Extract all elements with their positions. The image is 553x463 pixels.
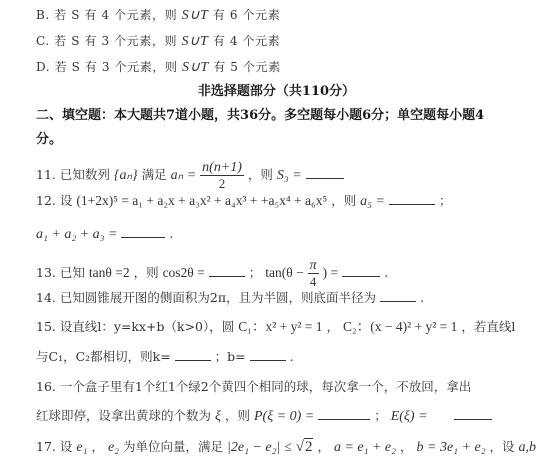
- part-heading: 非选择题部分（共110分）: [0, 84, 553, 100]
- question-text: ，则: [134, 265, 159, 280]
- punctuation: ；: [249, 265, 262, 280]
- question-text: 满足: [142, 167, 167, 182]
- question-16-part2: 红球即停，设拿出黄球的个数为 ξ ，则 P(ξ = 0) = ； E(ξ) =: [36, 408, 492, 425]
- circle-c1-expr: C₁：x² + y² = 1: [238, 319, 322, 334]
- ask-expr: E(ξ) =: [391, 409, 428, 424]
- ask-expr: ) =: [323, 265, 338, 280]
- option-label: D.: [36, 60, 50, 74]
- question-text: 红球即停，设拿出黄球的个数为: [36, 408, 211, 423]
- question-12: 12. 设 (1+2x)⁵ = a₁ + a₂x + a₃x² + a₄x³ +…: [36, 193, 451, 210]
- sequence-expr: {aₙ}: [114, 168, 138, 183]
- question-text: 设直线l：y=kx+b（k>0），圆: [60, 319, 234, 334]
- sqrt-expr: √2: [296, 438, 314, 455]
- punctuation: ，: [400, 439, 413, 454]
- circle-c2-expr: C₂：(x − 4)² + y² = 1: [343, 319, 457, 334]
- option-text: 有 6 个元素: [213, 8, 280, 22]
- question-17: 17. 设 e₁ ， e₂ 为单位向量，满足 |2e₁ − e₂| ≤ √2 ，…: [36, 439, 536, 456]
- question-number: 13.: [36, 265, 56, 280]
- vector-a-def: a = e₁ + e₂: [334, 440, 396, 455]
- answer-blank[interactable]: [250, 349, 286, 361]
- punctuation: ，: [317, 439, 330, 454]
- question-number: 12.: [36, 193, 56, 208]
- option-d: D. 若 S 有 3 个元素，则 S∪T 有 5 个元素: [36, 59, 281, 76]
- question-text: 与C₁，C₂都相切，则k=: [36, 349, 171, 364]
- answer-blank[interactable]: [121, 226, 165, 238]
- question-text: ，则: [248, 167, 273, 182]
- question-text: ，则: [331, 193, 356, 208]
- question-text: 已知: [60, 265, 85, 280]
- punctuation: ；: [374, 408, 387, 423]
- radicand: 2: [304, 438, 314, 455]
- punctuation: .: [384, 265, 388, 280]
- option-text: 有 4 个元素: [213, 34, 280, 48]
- expansion-expr: (1+2x)⁵ = a₁ + a₂x + a₃x² + a₄x³ + +a₅x⁴…: [76, 193, 327, 208]
- question-text: ，则: [225, 408, 250, 423]
- vector-e1: e₁: [76, 440, 87, 455]
- question-number: 16.: [36, 379, 56, 394]
- ask-expr: a₅ =: [360, 194, 385, 209]
- section-intro-line1: 二、填空题：本大题共7道小题，共36分。多空题每小题6分；单空题每小题4: [36, 108, 484, 124]
- answer-blank[interactable]: [454, 408, 492, 420]
- option-c: C. 若 S 有 3 个元素，则 S∪T 有 4 个元素: [36, 33, 280, 50]
- answer-blank[interactable]: [342, 265, 380, 277]
- fraction-numerator: π: [308, 258, 319, 274]
- vector-b-def: b = 3e₁ + e₂: [417, 440, 486, 455]
- question-12-part2: a₁ + a₂ + a₃ = .: [36, 226, 173, 243]
- fraction: π 4: [308, 258, 319, 289]
- answer-blank[interactable]: [175, 349, 211, 361]
- question-11: 11. 已知数列 {aₙ} 满足 aₙ = n(n+1) 2 ，则 S₃ =: [36, 160, 344, 191]
- punctuation: .: [169, 226, 173, 241]
- abs-expr: |2e₁ − e₂|: [227, 440, 280, 455]
- question-text: 设: [60, 193, 73, 208]
- punctuation: ，: [327, 319, 340, 334]
- question-text: 为单位向量，满足: [123, 439, 223, 454]
- vector-e2: e₂: [108, 440, 119, 455]
- question-16: 16. 一个盒子里有1个红1个绿2个黄四个相同的球，每次拿一个，不放回，拿出: [36, 379, 471, 395]
- option-text: 若 S 有 3 个元素，则: [54, 34, 177, 48]
- punctuation: .: [290, 349, 294, 364]
- formula-lhs: aₙ =: [171, 168, 197, 183]
- answer-blank[interactable]: [209, 265, 245, 277]
- punctuation: ；: [439, 193, 452, 208]
- answer-blank[interactable]: [318, 408, 370, 420]
- le-symbol: ≤: [284, 439, 291, 454]
- question-15: 15. 设直线l：y=kx+b（k>0），圆 C₁：x² + y² = 1 ， …: [36, 319, 515, 335]
- vectors-ab: a,b: [519, 440, 537, 455]
- option-label: B.: [36, 8, 50, 22]
- question-text: ；b=: [215, 349, 246, 364]
- option-b: B. 若 S 有 4 个元素，则 S∪T 有 6 个元素: [36, 7, 280, 24]
- answer-blank[interactable]: [389, 193, 435, 205]
- set-union-expr: S∪T: [182, 34, 209, 49]
- answer-blank[interactable]: [306, 167, 344, 179]
- ask-expr: P(ξ = 0) =: [254, 409, 314, 424]
- option-text: 若 S 有 3 个元素，则: [55, 60, 178, 74]
- punctuation: ，: [91, 439, 104, 454]
- ask-expr: cos2θ =: [163, 265, 205, 280]
- question-text: 已知数列: [60, 167, 110, 182]
- question-text: 一个盒子里有1个红1个绿2个黄四个相同的球，每次拿一个，不放回，拿出: [60, 379, 471, 394]
- question-number: 17.: [36, 439, 56, 454]
- given-expr: tanθ =2: [89, 265, 130, 280]
- question-15-part2: 与C₁，C₂都相切，则k= ；b= .: [36, 349, 294, 365]
- question-number: 11.: [36, 167, 56, 182]
- question-number: 15.: [36, 319, 56, 334]
- option-label: C.: [36, 34, 50, 48]
- question-number: 14.: [36, 290, 56, 305]
- set-union-expr: S∪T: [182, 8, 209, 23]
- answer-blank[interactable]: [380, 290, 416, 302]
- option-text: 有 5 个元素: [213, 60, 280, 74]
- ask-expr: a₁ + a₂ + a₃ =: [36, 227, 117, 242]
- fraction-denominator: 4: [308, 274, 319, 289]
- question-text: ，若直线l: [461, 319, 515, 334]
- option-text: 若 S 有 4 个元素，则: [54, 8, 177, 22]
- question-text: ，设: [490, 439, 515, 454]
- random-variable: ξ: [215, 409, 221, 424]
- question-text: 已知圆锥展开图的侧面积为2π，且为半圆，则底面半径为: [60, 290, 376, 305]
- question-13: 13. 已知 tanθ =2 ，则 cos2θ = ； tan(θ − π 4 …: [36, 258, 388, 289]
- question-14: 14. 已知圆锥展开图的侧面积为2π，且为半圆，则底面半径为 .: [36, 290, 424, 306]
- fraction-denominator: 2: [200, 176, 244, 191]
- ask-expr: tan(θ −: [265, 265, 303, 280]
- section-intro-line2: 分。: [36, 132, 62, 148]
- punctuation: .: [420, 290, 424, 305]
- fraction: n(n+1) 2: [200, 160, 244, 191]
- set-union-expr: S∪T: [182, 60, 209, 75]
- question-text: 设: [60, 439, 73, 454]
- fraction-numerator: n(n+1): [200, 160, 244, 176]
- ask-expr: S₃ =: [277, 168, 302, 183]
